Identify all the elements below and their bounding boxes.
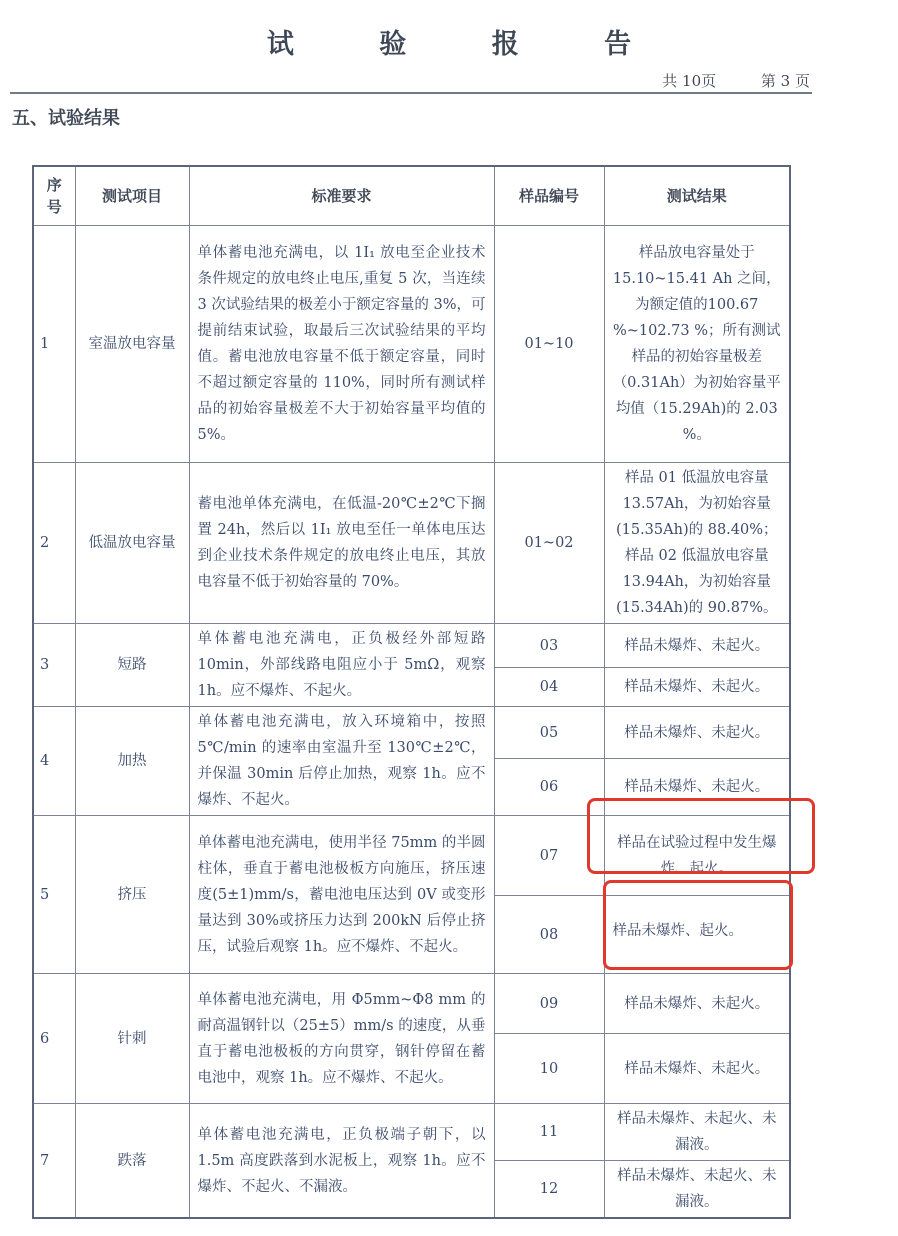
total-pages: 共 10页 <box>662 72 716 90</box>
col-header-sample-id: 样品编号 <box>494 166 604 226</box>
table-row: 3 短路 单体蓄电池充满电，正负极经外部短路 10min，外部线路电阻应小于 5… <box>33 624 790 668</box>
sample-id: 03 <box>494 624 604 668</box>
test-item: 室温放电容量 <box>75 226 189 463</box>
requirement: 单体蓄电池充满电，使用半径 75mm 的半圆柱体，垂直于蓄电池极板方向施压，挤压… <box>189 816 494 974</box>
sample-id: 12 <box>494 1161 604 1219</box>
table-header-row: 序号 测试项目 标准要求 样品编号 测试结果 <box>33 166 790 226</box>
test-result: 样品未爆炸、未起火。 <box>604 1034 790 1104</box>
results-table: 序号 测试项目 标准要求 样品编号 测试结果 1 室温放电容量 单体蓄电池充满电… <box>32 165 791 1219</box>
current-page: 第 3 页 <box>761 72 810 90</box>
report-title: 试 验 报 告 <box>0 22 898 61</box>
col-header-requirement: 标准要求 <box>189 166 494 226</box>
test-result: 样品放电容量处于15.10~15.41 Ah 之间，为额定值的100.67 %~… <box>604 226 790 463</box>
header-divider <box>10 92 812 94</box>
row-no: 4 <box>33 707 75 816</box>
requirement: 单体蓄电池充满电，用 Φ5mm~Φ8 mm 的耐高温钢针以（25±5）mm/s … <box>189 974 494 1104</box>
test-result: 样品未爆炸、未起火。 <box>604 974 790 1034</box>
sample-id: 04 <box>494 668 604 707</box>
page-info: 共 10页 第 3 页 <box>652 70 810 91</box>
table-row: 4 加热 单体蓄电池充满电，放入环境箱中，按照 5℃/min 的速率由室温升至 … <box>33 707 790 759</box>
requirement: 单体蓄电池充满电，以 1I₁ 放电至企业技术条件规定的放电终止电压,重复 5 次… <box>189 226 494 463</box>
test-item: 针刺 <box>75 974 189 1104</box>
sample-id: 09 <box>494 974 604 1034</box>
section-title: 五、试验结果 <box>12 104 120 130</box>
row-no: 7 <box>33 1104 75 1219</box>
requirement: 蓄电池单体充满电，在低温-20℃±2℃下搁置 24h，然后以 1I₁ 放电至任一… <box>189 463 494 624</box>
test-result: 样品未爆炸、未起火。 <box>604 624 790 668</box>
sample-id: 11 <box>494 1104 604 1161</box>
row-no: 3 <box>33 624 75 707</box>
table-row: 7 跌落 单体蓄电池充满电，正负极端子朝下，以 1.5m 高度跌落到水泥板上，观… <box>33 1104 790 1161</box>
highlight-box-sample-08 <box>603 880 793 970</box>
test-result: 样品未爆炸、未起火。 <box>604 707 790 759</box>
sample-id: 01~02 <box>494 463 604 624</box>
row-no: 2 <box>33 463 75 624</box>
col-header-no: 序号 <box>33 166 75 226</box>
test-item: 跌落 <box>75 1104 189 1219</box>
test-item: 短路 <box>75 624 189 707</box>
requirement: 单体蓄电池充满电，正负极经外部短路 10min，外部线路电阻应小于 5mΩ，观察… <box>189 624 494 707</box>
sample-id: 01~10 <box>494 226 604 463</box>
sample-id: 10 <box>494 1034 604 1104</box>
requirement: 单体蓄电池充满电，正负极端子朝下，以 1.5m 高度跌落到水泥板上，观察 1h。… <box>189 1104 494 1219</box>
col-header-item: 测试项目 <box>75 166 189 226</box>
test-item: 低温放电容量 <box>75 463 189 624</box>
highlight-box-sample-07 <box>587 798 815 874</box>
test-item: 挤压 <box>75 816 189 974</box>
test-result: 样品未爆炸、未起火、未漏液。 <box>604 1104 790 1161</box>
test-result: 样品未爆炸、未起火、未漏液。 <box>604 1161 790 1219</box>
test-result: 样品未爆炸、未起火。 <box>604 668 790 707</box>
sample-id: 08 <box>494 896 604 974</box>
sample-id: 05 <box>494 707 604 759</box>
col-header-result: 测试结果 <box>604 166 790 226</box>
table-row: 1 室温放电容量 单体蓄电池充满电，以 1I₁ 放电至企业技术条件规定的放电终止… <box>33 226 790 463</box>
test-item: 加热 <box>75 707 189 816</box>
row-no: 5 <box>33 816 75 974</box>
requirement: 单体蓄电池充满电，放入环境箱中，按照 5℃/min 的速率由室温升至 130℃±… <box>189 707 494 816</box>
row-no: 6 <box>33 974 75 1104</box>
table-row: 6 针刺 单体蓄电池充满电，用 Φ5mm~Φ8 mm 的耐高温钢针以（25±5）… <box>33 974 790 1034</box>
test-result: 样品 01 低温放电容量 13.57Ah，为初始容量(15.35Ah)的 88.… <box>604 463 790 624</box>
table-row: 2 低温放电容量 蓄电池单体充满电，在低温-20℃±2℃下搁置 24h，然后以 … <box>33 463 790 624</box>
row-no: 1 <box>33 226 75 463</box>
